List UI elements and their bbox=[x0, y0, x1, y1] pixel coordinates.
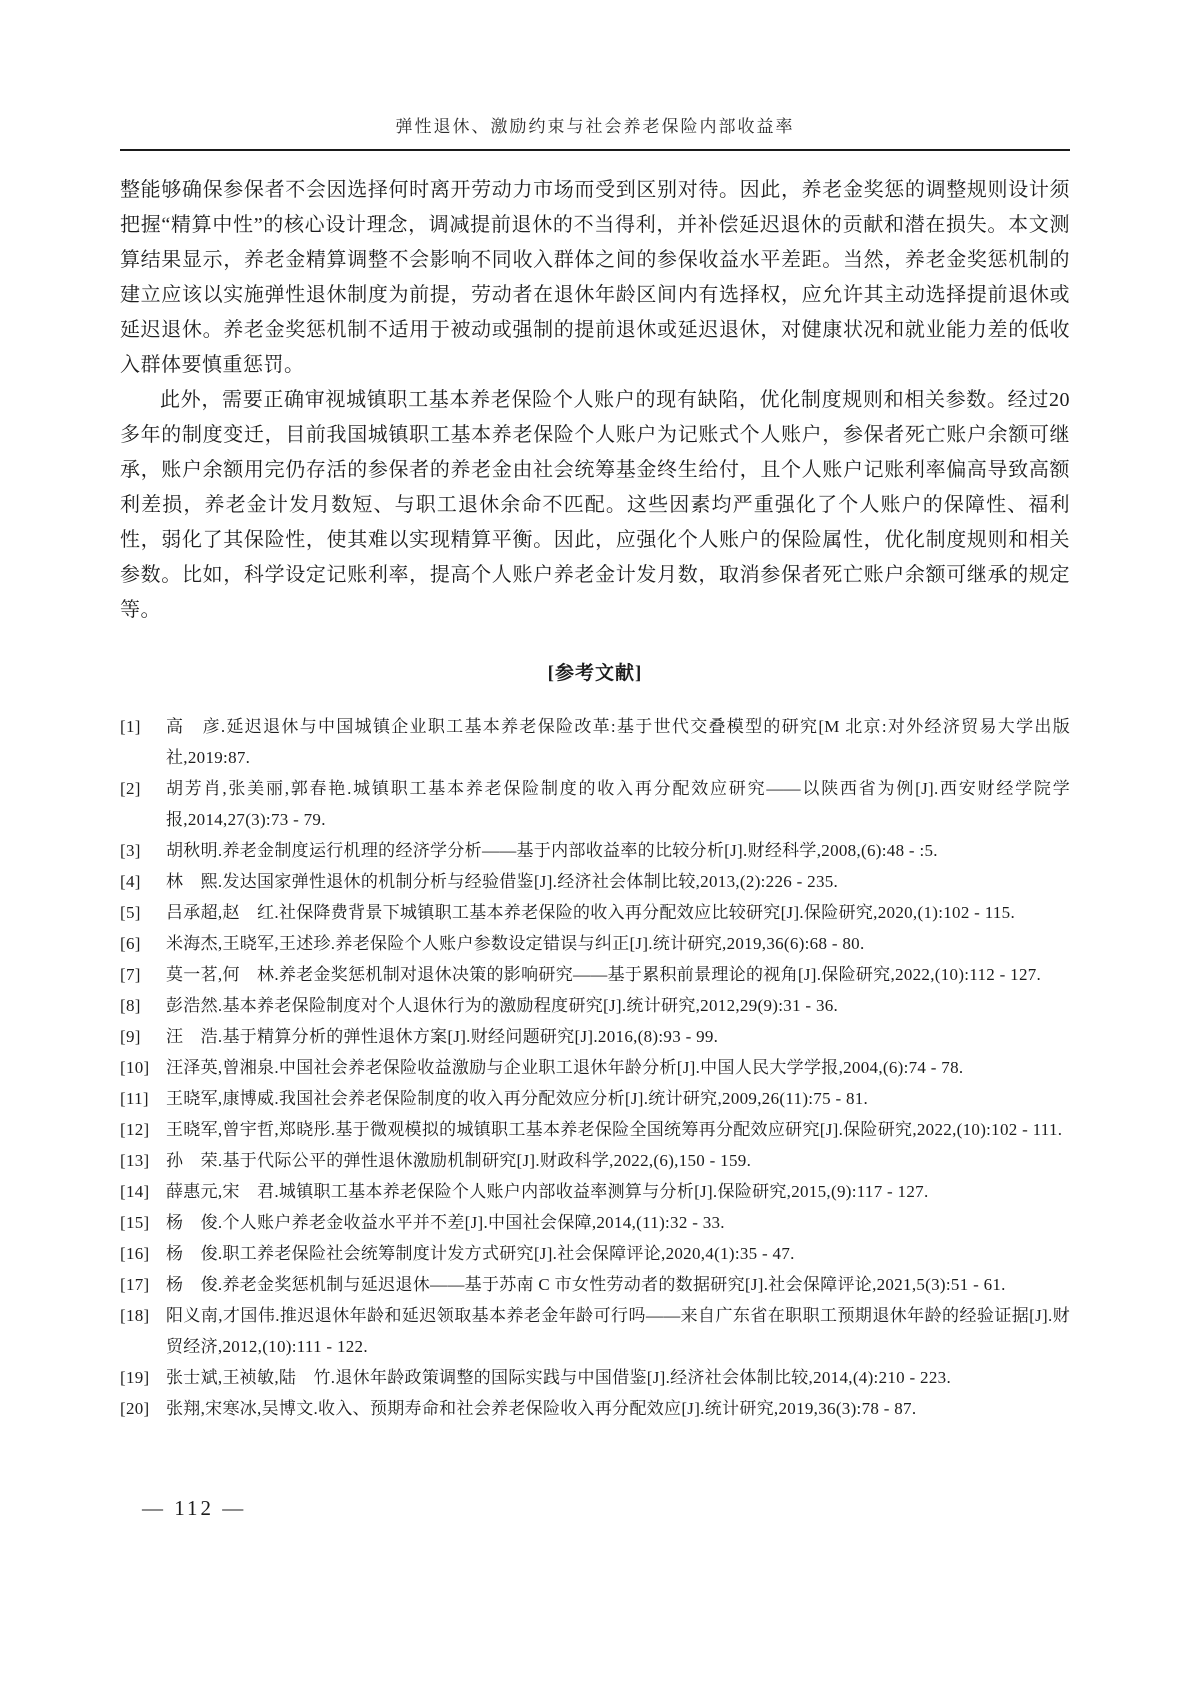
reference-text: 阳义南,才国伟.推迟退休年龄和延迟领取基本养老金年龄可行吗——来自广东省在职职工… bbox=[166, 1300, 1070, 1362]
reference-item: [20]张翔,宋寒冰,吴博文.收入、预期寿命和社会养老保险收入再分配效应[J].… bbox=[120, 1393, 1070, 1424]
reference-number: [19] bbox=[120, 1362, 166, 1393]
references-heading: [参考文献] bbox=[120, 658, 1070, 685]
reference-number: [10] bbox=[120, 1052, 166, 1083]
reference-item: [8]彭浩然.基本养老保险制度对个人退休行为的激励程度研究[J].统计研究,20… bbox=[120, 990, 1070, 1021]
body-text: 整能够确保参保者不会因选择何时离开劳动力市场而受到区别对待。因此，养老金奖惩的调… bbox=[120, 173, 1070, 628]
reference-number: [15] bbox=[120, 1207, 166, 1238]
reference-text: 王晓军,曾宇哲,郑晓彤.基于微观模拟的城镇职工基本养老保险全国统筹再分配效应研究… bbox=[166, 1114, 1070, 1145]
reference-item: [15]杨 俊.个人账户养老金收益水平并不差[J].中国社会保障,2014,(1… bbox=[120, 1207, 1070, 1238]
reference-number: [6] bbox=[120, 928, 166, 959]
reference-item: [12]王晓军,曾宇哲,郑晓彤.基于微观模拟的城镇职工基本养老保险全国统筹再分配… bbox=[120, 1114, 1070, 1145]
reference-number: [1] bbox=[120, 711, 166, 742]
reference-item: [18]阳义南,才国伟.推迟退休年龄和延迟领取基本养老金年龄可行吗——来自广东省… bbox=[120, 1300, 1070, 1362]
reference-item: [2]胡芳肖,张美丽,郭春艳.城镇职工基本养老保险制度的收入再分配效应研究——以… bbox=[120, 773, 1070, 835]
reference-item: [10]汪泽英,曾湘泉.中国社会养老保险收益激励与企业职工退休年龄分析[J].中… bbox=[120, 1052, 1070, 1083]
reference-text: 杨 俊.养老金奖惩机制与延迟退休——基于苏南 C 市女性劳动者的数据研究[J].… bbox=[166, 1269, 1070, 1300]
reference-number: [3] bbox=[120, 835, 166, 866]
reference-number: [12] bbox=[120, 1114, 166, 1145]
reference-number: [2] bbox=[120, 773, 166, 804]
reference-number: [8] bbox=[120, 990, 166, 1021]
reference-text: 胡芳肖,张美丽,郭春艳.城镇职工基本养老保险制度的收入再分配效应研究——以陕西省… bbox=[166, 773, 1070, 835]
reference-number: [13] bbox=[120, 1145, 166, 1176]
reference-text: 米海杰,王晓军,王述珍.养老保险个人账户参数设定错误与纠正[J].统计研究,20… bbox=[166, 928, 1070, 959]
running-head-title: 弹性退休、激励约束与社会养老保险内部收益率 bbox=[120, 112, 1070, 137]
reference-item: [3]胡秋明.养老金制度运行机理的经济学分析——基于内部收益率的比较分析[J].… bbox=[120, 835, 1070, 866]
reference-item: [9]汪 浩.基于精算分析的弹性退休方案[J].财经问题研究[J].2016,(… bbox=[120, 1021, 1070, 1052]
reference-item: [5]吕承超,赵 红.社保降费背景下城镇职工基本养老保险的收入再分配效应比较研究… bbox=[120, 897, 1070, 928]
reference-text: 林 熙.发达国家弹性退休的机制分析与经验借鉴[J].经济社会体制比较,2013,… bbox=[166, 866, 1070, 897]
paper-page: 弹性退休、激励约束与社会养老保险内部收益率 整能够确保参保者不会因选择何时离开劳… bbox=[0, 0, 1190, 1683]
reference-text: 杨 俊.职工养老保险社会统筹制度计发方式研究[J].社会保障评论,2020,4(… bbox=[166, 1238, 1070, 1269]
page-number: — 112 — bbox=[142, 1496, 246, 1521]
reference-item: [11]王晓军,康博威.我国社会养老保险制度的收入再分配效应分析[J].统计研究… bbox=[120, 1083, 1070, 1114]
reference-number: [5] bbox=[120, 897, 166, 928]
reference-text: 杨 俊.个人账户养老金收益水平并不差[J].中国社会保障,2014,(11):3… bbox=[166, 1207, 1070, 1238]
reference-text: 王晓军,康博威.我国社会养老保险制度的收入再分配效应分析[J].统计研究,200… bbox=[166, 1083, 1070, 1114]
reference-number: [20] bbox=[120, 1393, 166, 1424]
reference-item: [4]林 熙.发达国家弹性退休的机制分析与经验借鉴[J].经济社会体制比较,20… bbox=[120, 866, 1070, 897]
reference-number: [14] bbox=[120, 1176, 166, 1207]
reference-number: [18] bbox=[120, 1300, 166, 1331]
reference-item: [13]孙 荣.基于代际公平的弹性退休激励机制研究[J].财政科学,2022,(… bbox=[120, 1145, 1070, 1176]
reference-item: [14]薛惠元,宋 君.城镇职工基本养老保险个人账户内部收益率测算与分析[J].… bbox=[120, 1176, 1070, 1207]
reference-number: [9] bbox=[120, 1021, 166, 1052]
reference-text: 孙 荣.基于代际公平的弹性退休激励机制研究[J].财政科学,2022,(6),1… bbox=[166, 1145, 1070, 1176]
reference-number: [11] bbox=[120, 1083, 166, 1114]
reference-text: 胡秋明.养老金制度运行机理的经济学分析——基于内部收益率的比较分析[J].财经科… bbox=[166, 835, 1070, 866]
reference-text: 薛惠元,宋 君.城镇职工基本养老保险个人账户内部收益率测算与分析[J].保险研究… bbox=[166, 1176, 1070, 1207]
reference-text: 汪泽英,曾湘泉.中国社会养老保险收益激励与企业职工退休年龄分析[J].中国人民大… bbox=[166, 1052, 1070, 1083]
reference-number: [4] bbox=[120, 866, 166, 897]
reference-number: [7] bbox=[120, 959, 166, 990]
reference-item: [6]米海杰,王晓军,王述珍.养老保险个人账户参数设定错误与纠正[J].统计研究… bbox=[120, 928, 1070, 959]
reference-text: 汪 浩.基于精算分析的弹性退休方案[J].财经问题研究[J].2016,(8):… bbox=[166, 1021, 1070, 1052]
reference-text: 吕承超,赵 红.社保降费背景下城镇职工基本养老保险的收入再分配效应比较研究[J]… bbox=[166, 897, 1070, 928]
reference-text: 张翔,宋寒冰,吴博文.收入、预期寿命和社会养老保险收入再分配效应[J].统计研究… bbox=[166, 1393, 1070, 1424]
reference-text: 高 彦.延迟退休与中国城镇企业职工基本养老保险改革:基于世代交叠模型的研究[M … bbox=[166, 711, 1070, 773]
reference-item: [19]张士斌,王祯敏,陆 竹.退休年龄政策调整的国际实践与中国借鉴[J].经济… bbox=[120, 1362, 1070, 1393]
reference-item: [16]杨 俊.职工养老保险社会统筹制度计发方式研究[J].社会保障评论,202… bbox=[120, 1238, 1070, 1269]
header-rule bbox=[120, 149, 1070, 151]
reference-item: [17]杨 俊.养老金奖惩机制与延迟退休——基于苏南 C 市女性劳动者的数据研究… bbox=[120, 1269, 1070, 1300]
reference-number: [16] bbox=[120, 1238, 166, 1269]
reference-item: [7]莫一茗,何 林.养老金奖惩机制对退休决策的影响研究——基于累积前景理论的视… bbox=[120, 959, 1070, 990]
reference-text: 张士斌,王祯敏,陆 竹.退休年龄政策调整的国际实践与中国借鉴[J].经济社会体制… bbox=[166, 1362, 1070, 1393]
paragraph-individual-account: 此外，需要正确审视城镇职工基本养老保险个人账户的现有缺陷，优化制度规则和相关参数… bbox=[120, 383, 1070, 628]
reference-text: 彭浩然.基本养老保险制度对个人退休行为的激励程度研究[J].统计研究,2012,… bbox=[166, 990, 1070, 1021]
reference-number: [17] bbox=[120, 1269, 166, 1300]
reference-item: [1]高 彦.延迟退休与中国城镇企业职工基本养老保险改革:基于世代交叠模型的研究… bbox=[120, 711, 1070, 773]
paragraph-continuation: 整能够确保参保者不会因选择何时离开劳动力市场而受到区别对待。因此，养老金奖惩的调… bbox=[120, 173, 1070, 383]
references-list: [1]高 彦.延迟退休与中国城镇企业职工基本养老保险改革:基于世代交叠模型的研究… bbox=[120, 711, 1070, 1424]
reference-text: 莫一茗,何 林.养老金奖惩机制对退休决策的影响研究——基于累积前景理论的视角[J… bbox=[166, 959, 1070, 990]
